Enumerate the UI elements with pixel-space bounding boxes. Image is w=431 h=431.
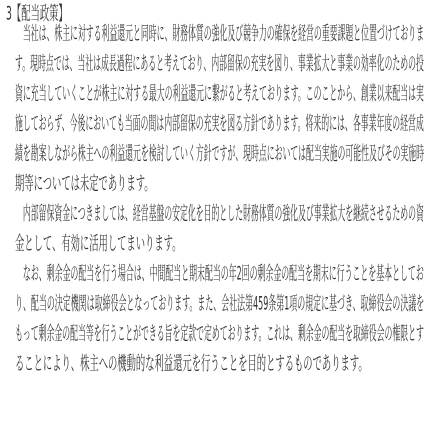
paragraph-line: もって剰余金の配当等を行うことができる旨を定款で定めております。これは、剰余金の… <box>15 321 424 346</box>
paragraph-line: 内部留保資金につきましては、経営基盤の安定化を目的とした財務体質の強化及び事業拡… <box>15 201 424 226</box>
paragraph-line: す。現時点では、当社は成長過程にあると考えており、内部留保の充実を図り、事業拡大… <box>15 51 424 76</box>
paragraph-line: 期等については未定であります。 <box>15 171 154 196</box>
paragraph-line: 資に充当していくことが株主に対する最大の利益還元に繋がると考えております。このこ… <box>15 81 424 106</box>
paragraph-line: なお、剰余金の配当を行う場合は、中間配当と期末配当の年2回の剰余金の配当を期末に… <box>15 261 424 286</box>
paragraph-line: ることにより、株主への機動的な利益還元を行うことを目的とするものであります。 <box>15 351 368 376</box>
paragraph-line: 金として、有効に活用してまいります。 <box>15 231 181 256</box>
paragraph-line: 施しておらず、今後においても当面の間は内部留保の充実を図る方針であります。将来的… <box>15 111 424 136</box>
paragraph-line: り、配当の決定機関は取締役会となっております。また、会社法第459条第1項の規定… <box>15 291 424 316</box>
paragraph-line: 当社は、株主に対する利益還元と同時に、財務体質の強化及び競争力の確保を経営の重要… <box>15 21 424 46</box>
document-page: 3【配当政策】 当社は、株主に対する利益還元と同時に、財務体質の強化及び競争力の… <box>0 0 431 431</box>
paragraph-line: 績を勘案しながら株主への利益還元を検討していく方針ですが、現時点においては配当実… <box>15 141 424 166</box>
